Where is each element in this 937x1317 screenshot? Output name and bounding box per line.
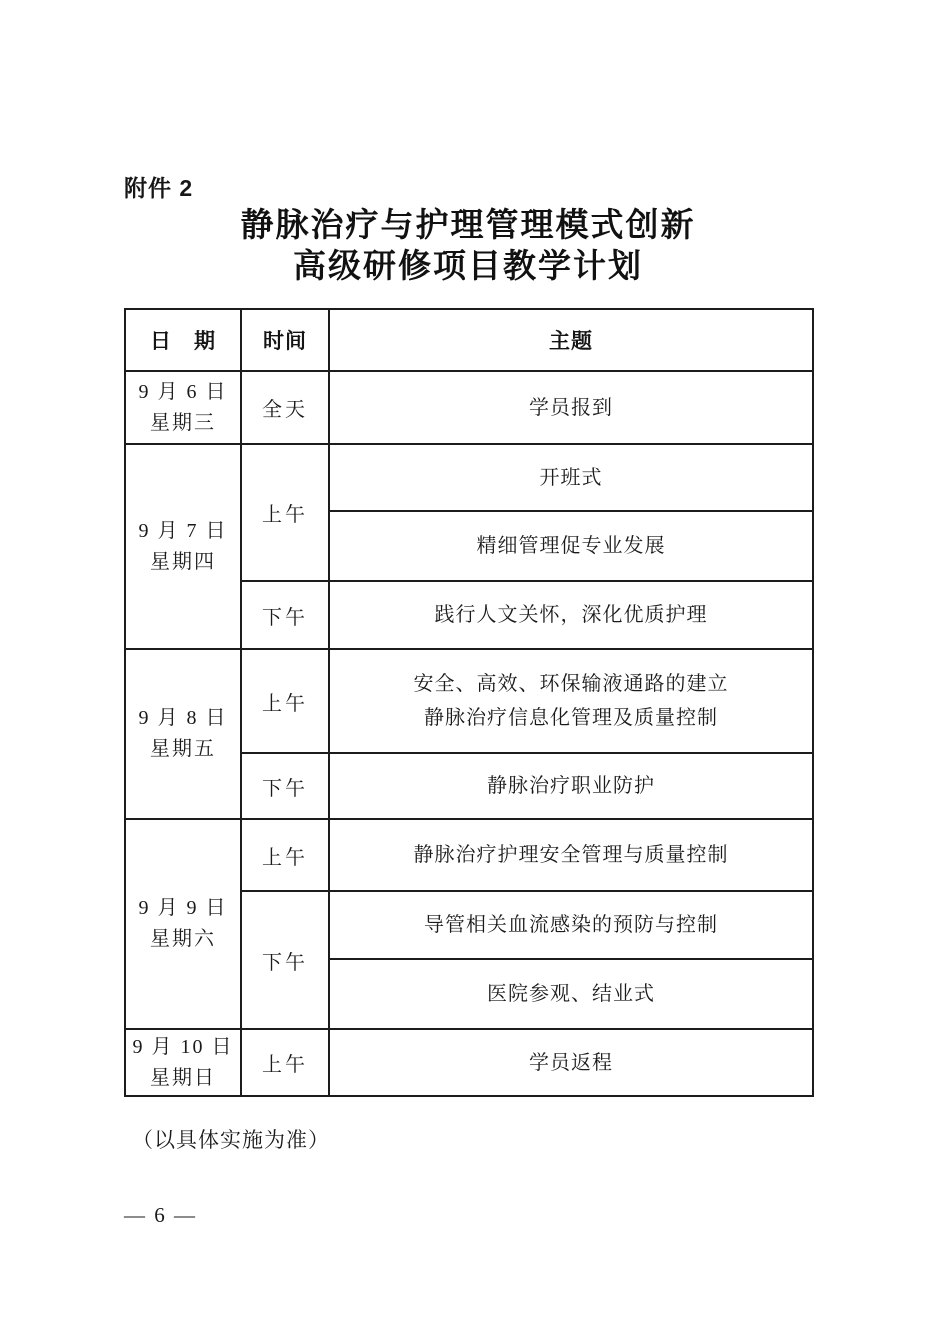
column-header-time: 时间 xyxy=(241,309,329,371)
time-cell: 上午 xyxy=(241,444,329,581)
table-header-row: 日 期 时间 主题 xyxy=(125,309,813,371)
table-row: 9 月 8 日 星期五 上午 安全、高效、环保输液通路的建立 静脉治疗信息化管理… xyxy=(125,649,813,753)
attachment-label: 附件 2 xyxy=(124,170,193,203)
date-text: 9 月 10 日 xyxy=(126,1032,240,1063)
topic-cell: 静脉治疗职业防护 xyxy=(329,753,813,819)
weekday-text: 星期五 xyxy=(126,734,240,765)
schedule-table: 日 期 时间 主题 9 月 6 日 星期三 全天 学员报到 9 月 7 日 星期… xyxy=(124,308,814,1097)
topic-cell: 安全、高效、环保输液通路的建立 静脉治疗信息化管理及质量控制 xyxy=(329,649,813,753)
topic-cell: 学员报到 xyxy=(329,371,813,444)
topic-line-1: 安全、高效、环保输液通路的建立 xyxy=(330,667,812,701)
date-cell-sep6: 9 月 6 日 星期三 xyxy=(125,371,241,444)
topic-line-2: 静脉治疗信息化管理及质量控制 xyxy=(330,701,812,735)
column-header-date: 日 期 xyxy=(125,309,241,371)
time-cell: 上午 xyxy=(241,649,329,753)
date-text: 9 月 8 日 xyxy=(126,703,240,734)
weekday-text: 星期日 xyxy=(126,1063,240,1094)
time-cell: 下午 xyxy=(241,891,329,1029)
page-title-line-2: 高级研修项目教学计划 xyxy=(124,247,812,288)
column-header-topic: 主题 xyxy=(329,309,813,371)
time-cell: 上午 xyxy=(241,1029,329,1096)
weekday-text: 星期三 xyxy=(126,408,240,439)
topic-cell: 开班式 xyxy=(329,444,813,511)
date-text: 9 月 6 日 xyxy=(126,377,240,408)
date-cell-sep7: 9 月 7 日 星期四 xyxy=(125,444,241,649)
weekday-text: 星期四 xyxy=(126,547,240,578)
table-row: 9 月 7 日 星期四 上午 开班式 xyxy=(125,444,813,511)
topic-cell: 精细管理促专业发展 xyxy=(329,511,813,581)
topic-cell: 学员返程 xyxy=(329,1029,813,1096)
table-row: 9 月 9 日 星期六 上午 静脉治疗护理安全管理与质量控制 xyxy=(125,819,813,891)
page-title: 静脉治疗与护理管理模式创新 高级研修项目教学计划 xyxy=(124,206,812,288)
date-cell-sep10: 9 月 10 日 星期日 xyxy=(125,1029,241,1096)
date-text: 9 月 7 日 xyxy=(126,516,240,547)
page-title-line-1: 静脉治疗与护理管理模式创新 xyxy=(124,206,812,247)
page-number: — 6 — xyxy=(124,1203,197,1228)
date-cell-sep8: 9 月 8 日 星期五 xyxy=(125,649,241,819)
time-cell: 下午 xyxy=(241,753,329,819)
topic-cell: 静脉治疗护理安全管理与质量控制 xyxy=(329,819,813,891)
footer-note: （以具体实施为准） xyxy=(132,1124,330,1154)
topic-cell: 践行人文关怀，深化优质护理 xyxy=(329,581,813,649)
table-row: 9 月 10 日 星期日 上午 学员返程 xyxy=(125,1029,813,1096)
document-page: 附件 2 静脉治疗与护理管理模式创新 高级研修项目教学计划 日 期 时间 主题 … xyxy=(0,0,937,1317)
topic-cell: 医院参观、结业式 xyxy=(329,959,813,1029)
date-text: 9 月 9 日 xyxy=(126,893,240,924)
time-cell: 下午 xyxy=(241,581,329,649)
table-row: 9 月 6 日 星期三 全天 学员报到 xyxy=(125,371,813,444)
weekday-text: 星期六 xyxy=(126,924,240,955)
time-cell: 全天 xyxy=(241,371,329,444)
date-cell-sep9: 9 月 9 日 星期六 xyxy=(125,819,241,1029)
time-cell: 上午 xyxy=(241,819,329,891)
topic-cell: 导管相关血流感染的预防与控制 xyxy=(329,891,813,959)
